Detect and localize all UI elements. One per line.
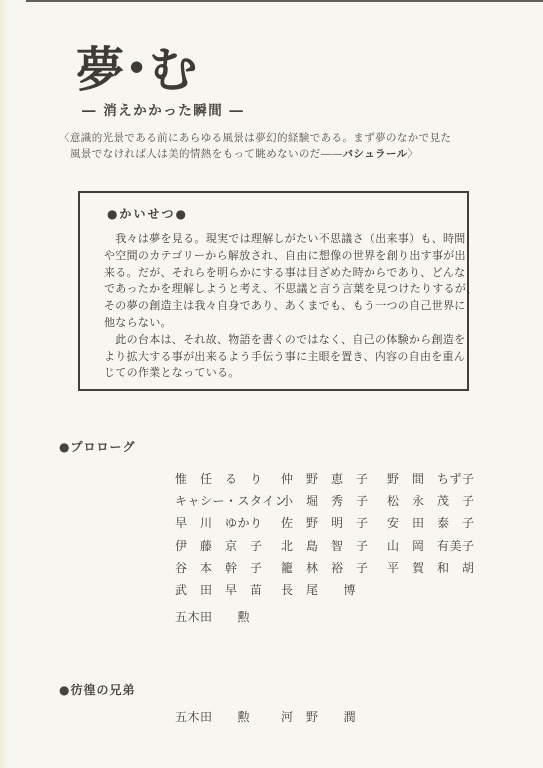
cast-name: 谷 本 幹 子: [175, 559, 281, 576]
cast-name: 仲 野 恵 子: [281, 470, 387, 487]
cast-name: 野 間 ちず子: [387, 470, 493, 487]
cast-name: 河 野 潤: [281, 708, 387, 725]
title-first-char: 夢: [76, 42, 126, 98]
kaisetsu-line: その夢の創造主は我々自身であり、あくまでも、もう一つの自己世界に: [104, 298, 457, 315]
cast-name: 伊 藤 京 子: [175, 537, 281, 554]
cast-name: 籠 林 裕 子: [281, 559, 387, 576]
epigraph-line-2: 風景でなければ人は美的情熱をもって眺めないのだ――バシュラール〉: [59, 147, 451, 163]
cast-row: 早 川 ゆかり 佐 野 明 子 安 田 泰 子: [175, 512, 493, 534]
cast-name: 惟 任 る り: [175, 470, 281, 487]
kaisetsu-line: より拡大する事が出来るよう手伝う事に主眼を置き、内容の自由を重ん: [104, 349, 457, 366]
cast-name: 安 田 泰 子: [387, 514, 493, 531]
page-title: 夢●む: [76, 38, 199, 98]
cast-name: 平 賀 和 胡: [387, 559, 493, 576]
kaisetsu-line: 来る。だが、それらを明らかにする事は目ざめた時からであり、どんな: [104, 265, 457, 282]
page-top-edge-line: [26, 0, 543, 2]
epigraph-author: バシュラール: [343, 148, 408, 160]
cast-row: 伊 藤 京 子 北 島 智 子 山 岡 有美子: [175, 534, 493, 556]
cast-name: 五木田 勲: [175, 708, 281, 725]
prologue-cast-grid: 惟 任 る り 仲 野 恵 子 野 間 ちず子 キャシー・スタイン 小 堀 秀 …: [175, 467, 493, 628]
cast-name: 長 尾 博: [281, 581, 387, 598]
brothers-heading: ●彷徨の兄弟: [59, 681, 135, 698]
cast-row: 谷 本 幹 子 籠 林 裕 子 平 賀 和 胡: [175, 556, 493, 578]
epigraph: 〈意識的光景である前にあらゆる風景は夢幻的経験である。まず夢のなかで見た 風景で…: [59, 131, 451, 162]
cast-name: キャシー・スタイン: [175, 492, 281, 509]
kaisetsu-line: であったかを理解しようと考え、不思議と言う言葉を見つけたりするが、: [104, 281, 457, 298]
title-dot-icon: ●: [130, 38, 145, 94]
cast-name: 早 川 ゆかり: [175, 514, 281, 531]
cast-name: 松 永 茂 子: [387, 492, 493, 509]
cast-row: 武 田 早 苗 長 尾 博: [175, 578, 493, 600]
prologue-heading: ●プロローグ: [59, 438, 135, 455]
page-subtitle: ― 消えかかった瞬間 ―: [82, 99, 244, 119]
epigraph-line-2-text: 風景でなければ人は美的情熱をもって眺めないのだ――: [70, 148, 343, 160]
cast-name: 五木田 勲: [175, 608, 281, 625]
kaisetsu-line: 此の台本は、それ故、物語を書くのではなく、自己の体験から創造を: [104, 332, 457, 349]
kaisetsu-box: ●かいせつ● 我々は夢を見る。現実では理解しがたい不思議さ（出来事）も、時間 や…: [78, 191, 469, 391]
scanned-program-page: 夢●む ― 消えかかった瞬間 ― 〈意識的光景である前にあらゆる風景は夢幻的経験…: [0, 0, 543, 768]
cast-name: 小 堀 秀 子: [281, 492, 387, 509]
epigraph-line-1: 〈意識的光景である前にあらゆる風景は夢幻的経験である。まず夢のなかで見た: [59, 131, 451, 147]
kaisetsu-line: じての作業となっている。: [104, 365, 457, 382]
cast-name: 山 岡 有美子: [387, 537, 493, 554]
cast-name: 武 田 早 苗: [175, 581, 281, 598]
kaisetsu-heading: ●かいせつ●: [107, 205, 467, 222]
kaisetsu-line: 他ならない。: [104, 315, 457, 332]
cast-name: 北 島 智 子: [281, 537, 387, 554]
brothers-cast-row: 五木田 勲 河 野 潤: [175, 708, 387, 725]
kaisetsu-line: 我々は夢を見る。現実では理解しがたい不思議さ（出来事）も、時間: [104, 231, 457, 248]
kaisetsu-line: や空間のカテゴリーから解放され、自由に想像の世界を創り出す事が出: [104, 248, 457, 265]
cast-name: 佐 野 明 子: [281, 514, 387, 531]
cast-row: 惟 任 る り 仲 野 恵 子 野 間 ちず子: [175, 467, 493, 489]
title-second-char: む: [149, 42, 199, 98]
kaisetsu-body: 我々は夢を見る。現実では理解しがたい不思議さ（出来事）も、時間 や空間のカテゴリ…: [104, 231, 457, 382]
epigraph-close-bracket: 〉: [407, 148, 418, 160]
cast-row: 五木田 勲: [175, 606, 493, 628]
page-left-edge-strip: [0, 0, 9, 768]
cast-row: キャシー・スタイン 小 堀 秀 子 松 永 茂 子: [175, 489, 493, 511]
